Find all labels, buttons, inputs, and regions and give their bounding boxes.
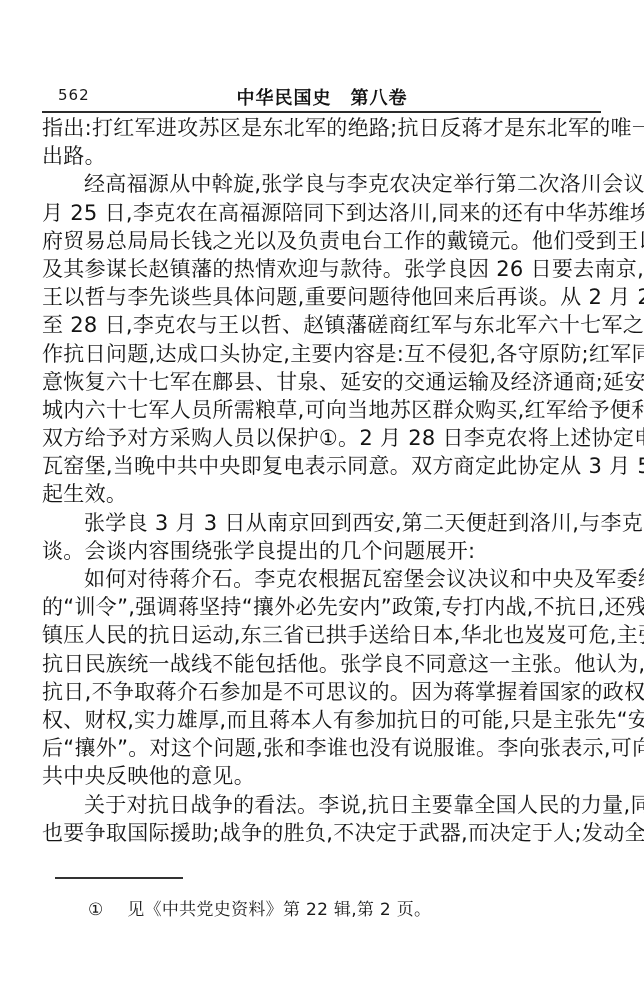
footnote: ① 见《中共党史资料》第 22 辑,第 2 页。 [88,895,431,920]
text-line: 的“训令”,强调蒋坚持“攘外必先安内”政策,专打内战,不抗日,还残酷 [42,593,602,621]
text-line: 起生效。 [42,480,602,508]
text-line: 月 25 日,李克农在高福源陪同下到达洛川,同来的还有中华苏维埃政 [42,199,602,227]
book-page: 562 中华民国史 第八卷 指出:打红军进攻苏区是东北军的绝路;抗日反蒋才是东北… [0,0,644,1000]
text-line: 张学良 3 月 3 日从南京回到西安,第二天便赶到洛川,与李克农会 [42,509,602,537]
text-line: 经高福源从中斡旋,张学良与李克农决定举行第二次洛川会议。2 [42,170,602,198]
header-rule [42,111,601,113]
text-line: 后“攘外”。对这个问题,张和李谁也没有说服谁。李向张表示,可向中 [42,734,602,762]
footnote-text: 见《中共党史资料》第 22 辑,第 2 页。 [127,900,431,920]
text-line: 王以哲与李先谈些具体问题,重要问题待他回来后再谈。从 2 月 26 日 [42,283,602,311]
text-line: 指出:打红军进攻苏区是东北军的绝路;抗日反蒋才是东北军的唯一 [42,114,602,142]
text-line: 作抗日问题,达成口头协定,主要内容是:互不侵犯,各守原防;红军同 [42,340,602,368]
text-line: 权、财权,实力雄厚,而且蒋本人有参加抗日的可能,只是主张先“安内” [42,706,602,734]
body-text: 指出:打红军进攻苏区是东北军的绝路;抗日反蒋才是东北军的唯一出路。经高福源从中斡… [42,114,602,847]
running-title: 中华民国史 第八卷 [42,84,602,110]
text-line: 城内六十七军人员所需粮草,可向当地苏区群众购买,红军给予便利; [42,396,602,424]
text-line: 出路。 [42,142,602,170]
text-line: 及其参谋长赵镇藩的热情欢迎与款待。张学良因 26 日要去南京,电嘱 [42,255,602,283]
text-line: 双方给予对方采购人员以保护①。2 月 28 日李克农将上述协定电告 [42,424,602,452]
text-line: 抗日民族统一战线不能包括他。张学良不同意这一主张。他认为,要 [42,650,602,678]
text-line: 如何对待蒋介石。李克农根据瓦窑堡会议决议和中央及军委给他 [42,565,602,593]
text-line: 也要争取国际援助;战争的胜负,不决定于武器,而决定于人;发动全国 [42,819,602,847]
text-line: 至 28 日,李克农与王以哲、赵镇藩磋商红军与东北军六十七军之间合 [42,311,602,339]
text-line: 抗日,不争取蒋介石参加是不可思议的。因为蒋掌握着国家的政权、军 [42,678,602,706]
text-line: 意恢复六十七军在鄜县、甘泉、延安的交通运输及经济通商;延安、甘泉 [42,368,602,396]
text-line: 府贸易总局局长钱之光以及负责电台工作的戴镜元。他们受到王以哲 [42,227,602,255]
text-line: 瓦窑堡,当晚中共中央即复电表示同意。双方商定此协定从 3 月 5 日 [42,452,602,480]
text-line: 关于对抗日战争的看法。李说,抗日主要靠全国人民的力量,同时 [42,791,602,819]
footnote-rule [55,877,183,879]
footnote-marker: ① [88,900,104,920]
text-line: 共中央反映他的意见。 [42,762,602,790]
text-line: 镇压人民的抗日运动,东三省已拱手送给日本,华北也岌岌可危,主张 [42,621,602,649]
page-header: 562 中华民国史 第八卷 [42,84,602,106]
text-line: 谈。会谈内容围绕张学良提出的几个问题展开: [42,537,602,565]
